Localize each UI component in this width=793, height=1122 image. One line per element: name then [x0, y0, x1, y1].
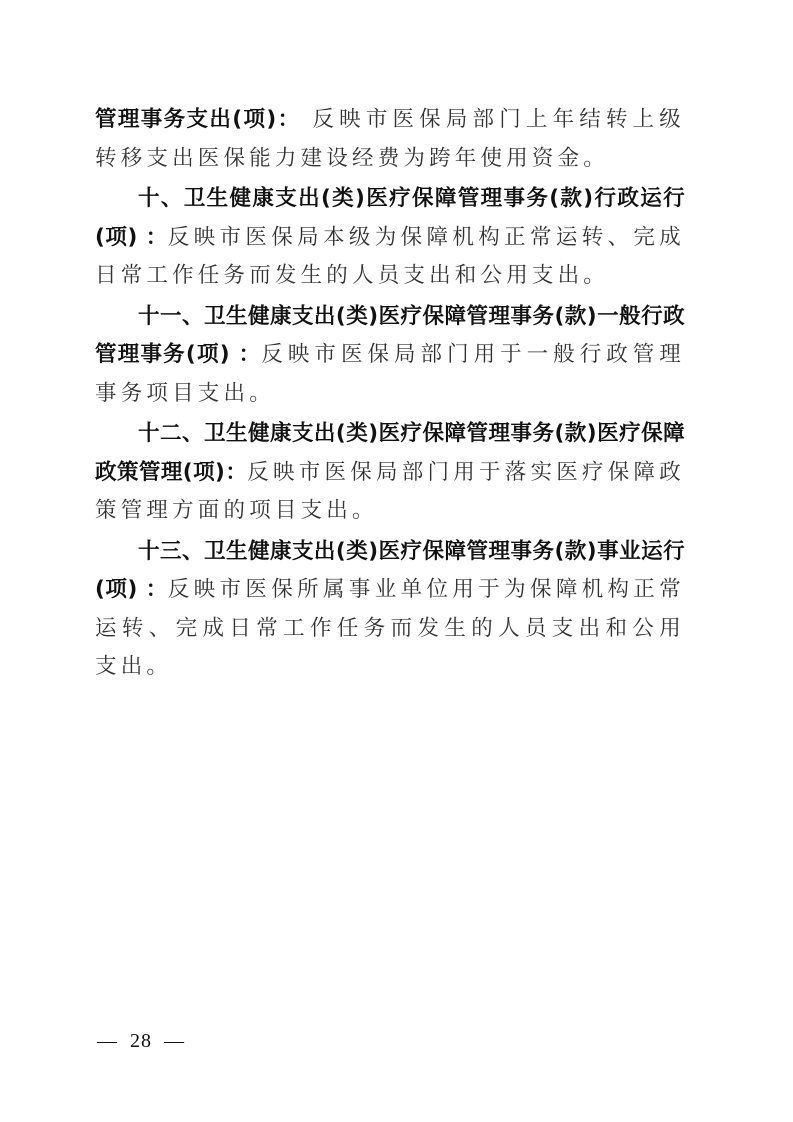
paragraph-item-10: 十、卫生健康支出(类)医疗保障管理事务(款)行政运行(项) ：反映市医保局本级为… — [95, 180, 685, 296]
document-page: 管理事务支出(项)： 反映市医保局部门上年结转上级转移支出医保能力建设经费为跨年… — [95, 101, 685, 689]
paragraph-heading: 管理事务支出(项)： — [95, 107, 300, 132]
paragraph-body: 反映市医保所属事业单位用于为保障机构正常运转、完成日常工作任务而发生的人员支出和… — [95, 577, 685, 679]
page-number: — 28 — — [97, 1030, 185, 1053]
paragraph-continuation: 管理事务支出(项)： 反映市医保局部门上年结转上级转移支出医保能力建设经费为跨年… — [95, 101, 685, 178]
paragraph-item-12: 十二、卫生健康支出(类)医疗保障管理事务(款)医疗保障政策管理(项)：反映市医保… — [95, 415, 685, 531]
paragraph-item-13: 十三、卫生健康支出(类)医疗保障管理事务(款)事业运行(项) ：反映市医保所属事… — [95, 533, 685, 687]
paragraph-item-11: 十一、卫生健康支出(类)医疗保障管理事务(款)一般行政管理事务(项) ：反映市医… — [95, 298, 685, 414]
paragraph-body: 反映市医保局本级为保障机构正常运转、完成日常工作任务而发生的人员支出和公用支出。 — [95, 225, 685, 289]
